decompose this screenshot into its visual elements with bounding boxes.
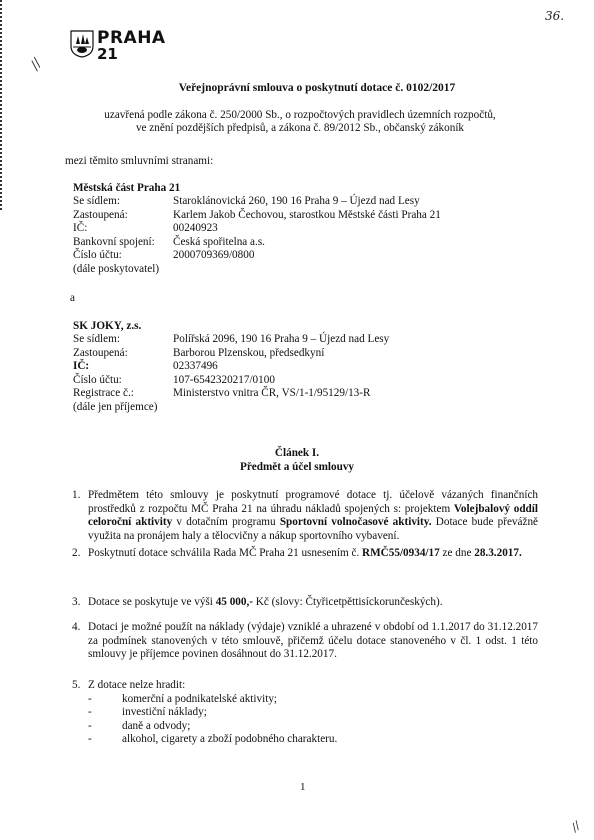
- clause-body: Předmětem této smlouvy je poskytnutí pro…: [88, 489, 538, 543]
- article-heading: Článek I. Předmět a účel smlouvy: [0, 446, 594, 474]
- list-item-text: daně a odvody;: [122, 720, 190, 734]
- provider-row: IČ:00240923: [73, 222, 441, 236]
- clause-body: Poskytnutí dotace schválila Rada MČ Prah…: [88, 547, 538, 561]
- clause-text: ze dne: [440, 547, 474, 559]
- intro-paragraph: uzavřená podle zákona č. 250/2000 Sb., o…: [80, 109, 520, 135]
- grant-amount: 45 000,-: [216, 596, 253, 608]
- recipient-row: Číslo účtu:107-6542320217/0100: [73, 374, 389, 388]
- field-value: Ministerstvo vnitra ČR, VS/1-1/95129/13-…: [173, 387, 370, 401]
- program-name: Sportovní volnočasové aktivity.: [280, 516, 432, 528]
- resolution-number: RMČ55/0934/17: [362, 547, 440, 559]
- recipient-row: Registrace č.: Ministerstvo vnitra ČR, V…: [73, 387, 389, 401]
- field-label: IČ:: [73, 222, 173, 236]
- list-item-text: komerční a podnikatelské aktivity;: [122, 693, 277, 707]
- clause-2: 2. Poskytnutí dotace schválila Rada MČ P…: [72, 547, 538, 561]
- field-value: 107-6542320217/0100: [173, 374, 275, 388]
- provider-footer: (dále poskytovatel): [73, 263, 441, 276]
- field-value: Česká spořitelna a.s.: [173, 236, 265, 250]
- field-value: Staroklánovická 260, 190 16 Praha 9 – Új…: [173, 195, 420, 209]
- clause-text: v dotačním programu: [172, 516, 280, 528]
- bullet-dash: -: [88, 706, 122, 720]
- between-parties-text: mezi těmito smluvními stranami:: [65, 155, 213, 168]
- praha-21-logo: PRAHA 21: [70, 30, 166, 62]
- field-label: Zastoupená:: [73, 209, 173, 223]
- clause-5: 5. Z dotace nelze hradit: -komerční a po…: [72, 679, 538, 747]
- article-subtitle: Předmět a účel smlouvy: [0, 460, 594, 474]
- page-number: 1: [300, 781, 306, 794]
- article-title: Článek I.: [0, 446, 594, 460]
- field-label: Se sídlem:: [73, 333, 173, 347]
- provider-name: Městská část Praha 21: [73, 182, 441, 195]
- field-label: Bankovní spojení:: [73, 236, 173, 250]
- list-item: -komerční a podnikatelské aktivity;: [88, 693, 538, 707]
- field-value: Karlem Jakob Čechovou, starostkou Městsk…: [173, 209, 441, 223]
- provider-row: Číslo účtu:2000709369/0800: [73, 249, 441, 263]
- intro-line: ve znění pozdějších předpisů, a zákona č…: [80, 122, 520, 135]
- bullet-dash: -: [88, 720, 122, 734]
- list-item: -daně a odvody;: [88, 720, 538, 734]
- clause-text: Poskytnutí dotace schválila Rada MČ Prah…: [88, 547, 362, 559]
- praha-21-crest-icon: [70, 30, 94, 58]
- recipient-name: SK JOKY, z.s.: [73, 320, 389, 333]
- clause-body: Dotace se poskytuje ve výši 45 000,- Kč …: [88, 596, 538, 610]
- intro-line: uzavřená podle zákona č. 250/2000 Sb., o…: [80, 109, 520, 122]
- field-label: Registrace č.:: [73, 387, 173, 401]
- clause-text: Dotace se poskytuje ve výši: [88, 596, 216, 608]
- clause-4: 4. Dotaci je možné použít na náklady (vý…: [72, 621, 538, 662]
- excluded-costs-list: -komerční a podnikatelské aktivity; -inv…: [88, 693, 538, 747]
- recipient-row: Se sídlem:Polířská 2096, 190 16 Praha 9 …: [73, 333, 389, 347]
- list-item-text: investiční náklady;: [122, 706, 207, 720]
- list-item: -investiční náklady;: [88, 706, 538, 720]
- recipient-row: Zastoupená:Barborou Plzenskou, předsedky…: [73, 347, 389, 361]
- clause-3: 3. Dotace se poskytuje ve výši 45 000,- …: [72, 596, 538, 610]
- field-label: IČ:: [73, 360, 173, 374]
- field-value: Barborou Plzenskou, předsedkyní: [173, 347, 324, 361]
- clause-number: 5.: [72, 679, 80, 693]
- clause-text: Kč (slovy: Čtyřicetpěttisíckorunčeských)…: [253, 596, 443, 608]
- field-label: Zastoupená:: [73, 347, 173, 361]
- recipient-row: IČ:02337496: [73, 360, 389, 374]
- list-item-text: alkohol, cigarety a zboží podobného char…: [122, 733, 337, 747]
- provider-row: Bankovní spojení:Česká spořitelna a.s.: [73, 236, 441, 250]
- scan-edge-artifact: [0, 0, 6, 210]
- clause-number: 3.: [72, 596, 80, 610]
- field-value: 02337496: [173, 360, 218, 374]
- clause-body: Dotaci je možné použít na náklady (výdaj…: [88, 621, 538, 662]
- clause-number: 2.: [72, 547, 80, 561]
- and-word: a: [70, 292, 75, 305]
- document-title: Veřejnoprávní smlouva o poskytnutí dotac…: [0, 82, 594, 95]
- recipient-block: SK JOKY, z.s. Se sídlem:Polířská 2096, 1…: [73, 320, 389, 414]
- provider-row: Zastoupená:Karlem Jakob Čechovou, staros…: [73, 209, 441, 223]
- list-item: -alkohol, cigarety a zboží podobného cha…: [88, 733, 538, 747]
- clause-number: 4.: [72, 621, 80, 635]
- field-label: Se sídlem:: [73, 195, 173, 209]
- field-value: 00240923: [173, 222, 218, 236]
- handwritten-mark-top-left: //: [29, 57, 45, 72]
- logo-text-21: 21: [97, 47, 166, 62]
- recipient-footer: (dále jen příjemce): [73, 401, 389, 414]
- field-value: Polířská 2096, 190 16 Praha 9 – Újezd na…: [173, 333, 389, 347]
- handwritten-mark-top-right: 36.: [545, 10, 564, 23]
- provider-row: Se sídlem:Staroklánovická 260, 190 16 Pr…: [73, 195, 441, 209]
- field-label: Číslo účtu:: [73, 374, 173, 388]
- clause-body: Z dotace nelze hradit:: [88, 679, 538, 693]
- clause-number: 1.: [72, 489, 80, 503]
- bullet-dash: -: [88, 733, 122, 747]
- clause-1: 1. Předmětem této smlouvy je poskytnutí …: [72, 489, 538, 543]
- field-value: 2000709369/0800: [173, 249, 254, 263]
- resolution-date: 28.3.2017.: [474, 547, 522, 559]
- field-label: Číslo účtu:: [73, 249, 173, 263]
- bullet-dash: -: [88, 693, 122, 707]
- provider-block: Městská část Praha 21 Se sídlem:Staroklá…: [73, 182, 441, 276]
- handwritten-mark-bottom-right: //: [569, 819, 583, 834]
